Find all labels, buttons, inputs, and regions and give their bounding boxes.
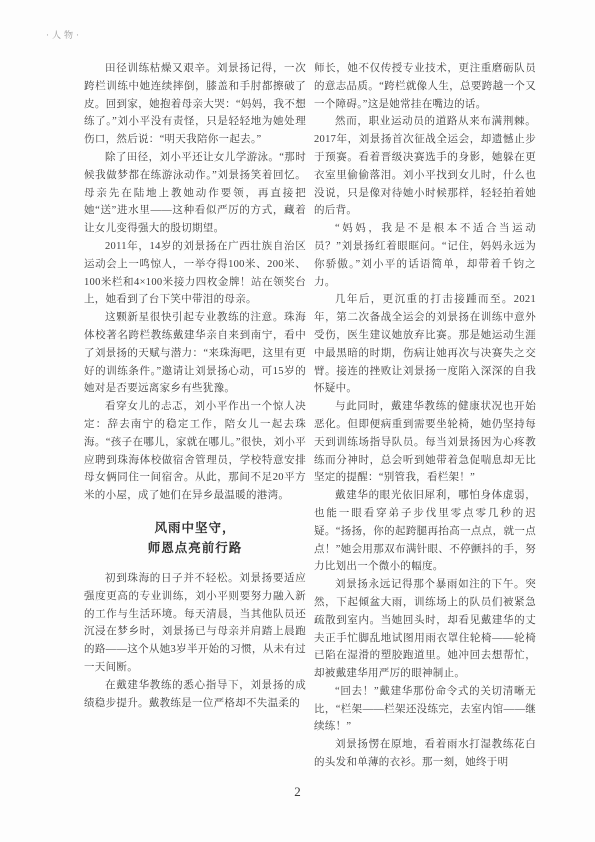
paragraph: 除了田径，刘小平还让女儿学游泳。“那时候我做梦都在练游泳动作。”刘景扬笑着回忆。… [84,149,306,238]
paragraph: 然而，职业运动员的道路从来布满荆棘。2017年，刘景扬首次征战全运会，却遗憾止步… [314,113,536,220]
page-header-section-label: ·人物· [46,28,82,41]
left-column: 田径训练枯燥又艰辛。刘景扬记得，一次跨栏训练中她连续摔倒，膝盖和手肘都擦破了皮。… [84,60,306,774]
paragraph: 这颗新星很快引起专业教练的注意。珠海体校著名跨栏教练戴建华亲自来到南宁，看中了刘… [84,309,306,398]
section-heading-line-2: 师恩点亮前行路 [148,541,243,555]
paragraph: 初到珠海的日子并不轻松。刘景扬要适应强度更高的专业训练，刘小平则要努力融入新的工… [84,570,306,677]
paragraph: 几年后，更沉重的打击接踵而至。2021年，第二次备战全运会的刘景扬在训练中意外受… [314,291,536,398]
section-heading: 风雨中坚守， 师恩点亮前行路 [84,518,306,558]
paragraph: 戴建华的眼光依旧犀利，哪怕身体虚弱，也能一眼看穿弟子步伐里零点零几秒的迟疑。“扬… [314,487,536,576]
section-heading-line-1: 风雨中坚守， [154,521,235,535]
right-column: 师长，她不仅传授专业技术，更注重磨砺队员的意志品质。“跨栏就像人生，总要跨越一个… [314,60,536,774]
paragraph: 刘景扬愣在原地，看着雨水打湿教练花白的头发和单薄的衣衫。那一刻，她终于明 [314,736,536,772]
paragraph: “妈妈，我是不是根本不适合当运动员？”刘景扬红着眼眶问。“记住，妈妈永远为你骄傲… [314,220,536,291]
paragraph: 田径训练枯燥又艰辛。刘景扬记得，一次跨栏训练中她连续摔倒，膝盖和手肘都擦破了皮。… [84,60,306,149]
page-number: 2 [0,784,595,800]
article-columns: 田径训练枯燥又艰辛。刘景扬记得，一次跨栏训练中她连续摔倒，膝盖和手肘都擦破了皮。… [84,60,536,774]
paragraph: 看穿女儿的忐忑，刘小平作出一个惊人决定：辞去南宁的稳定工作，陪女儿一起去珠海。“… [84,398,306,505]
paragraph: 刘景扬永远记得那个暴雨如注的下午。突然，下起倾盆大雨，训练场上的队员们被紧急疏散… [314,576,536,683]
paragraph: “回去！”戴建华那份命令式的关切清晰无比，“栏架——栏架还没练完，去室内馆——继… [314,683,536,736]
paragraph: 2011年，14岁的刘景扬在广西壮族自治区运动会上一鸣惊人，一举夺得100米、2… [84,238,306,309]
paragraph: 与此同时，戴建华教练的健康状况也开始恶化。但即便病重到需要坐轮椅，她仍坚持每天到… [314,398,536,487]
paragraph: 在戴建华教练的悉心指导下，刘景扬的成绩稳步提升。戴教练是一位严格却不失温柔的 [84,677,306,713]
document-page: ·人物· 田径训练枯燥又艰辛。刘景扬记得，一次跨栏训练中她连续摔倒，膝盖和手肘都… [0,0,595,842]
paragraph-continuation: 师长，她不仅传授专业技术，更注重磨砺队员的意志品质。“跨栏就像人生，总要跨越一个… [314,60,536,113]
